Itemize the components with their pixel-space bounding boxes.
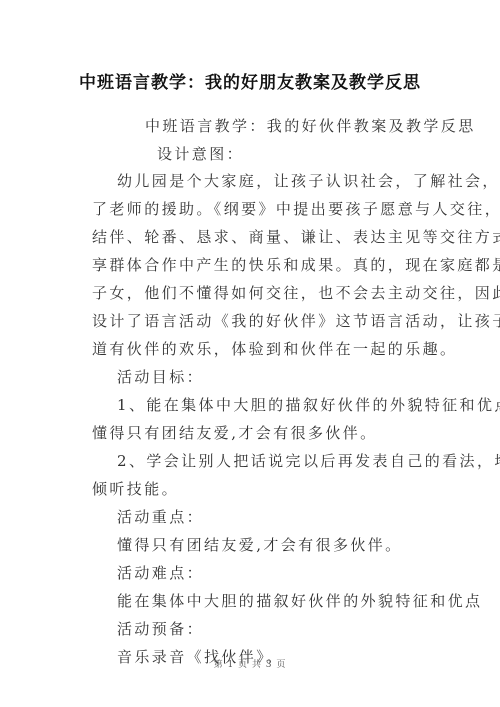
text-line: 了老师的援助。《纲要》中提出要孩子愿意与人交往，学习 — [92, 198, 500, 219]
text-line: 1、能在集体中大胆的描叙好伙伴的外貌特征和优点， — [117, 394, 500, 415]
text-line: 倾听技能。 — [92, 478, 179, 499]
text-line: 设计了语言活动《我的好伙伴》这节语言活动，让孩子们知 — [92, 310, 500, 331]
text-line: 中班语言教学：我的好伙伴教案及教学反思 — [145, 115, 476, 136]
text-line: 设计意图： — [157, 143, 244, 164]
text-line: 懂得只有团结友爱,才会有很多伙伴。 — [92, 422, 378, 443]
text-line: 能在集体中大胆的描叙好伙伴的外貌特征和优点 — [117, 590, 482, 611]
text-line: 子女，他们不懂得如何交往，也不会去主动交往，因此，我 — [92, 282, 500, 303]
text-line: 活动难点： — [117, 562, 204, 583]
text-line: 结伴、轮番、恳求、商量、谦让、表达主见等交往方式，共 — [92, 226, 500, 247]
text-line: 活动预备： — [117, 618, 204, 639]
document-title: 中班语言教学：我的好朋友教案及教学反思 — [0, 68, 500, 93]
text-line: 活动重点： — [117, 506, 204, 527]
text-line: 2、学会让别人把话说完以后再发表自己的看法，培育 — [117, 450, 500, 471]
page-footer: 第 1 页 共 3 页 — [0, 657, 500, 670]
text-line: 享群体合作中产生的快乐和成果。真的，现在家庭都是独生 — [92, 254, 500, 275]
text-line: 活动目标： — [117, 366, 204, 387]
text-line: 道有伙伴的欢乐，体验到和伙伴在一起的乐趣。 — [92, 338, 457, 359]
text-line: 幼儿园是个大家庭，让孩子认识社会，了解社会，少不 — [117, 170, 500, 191]
text-line: 懂得只有团结友爱,才会有很多伙伴。 — [117, 534, 403, 555]
